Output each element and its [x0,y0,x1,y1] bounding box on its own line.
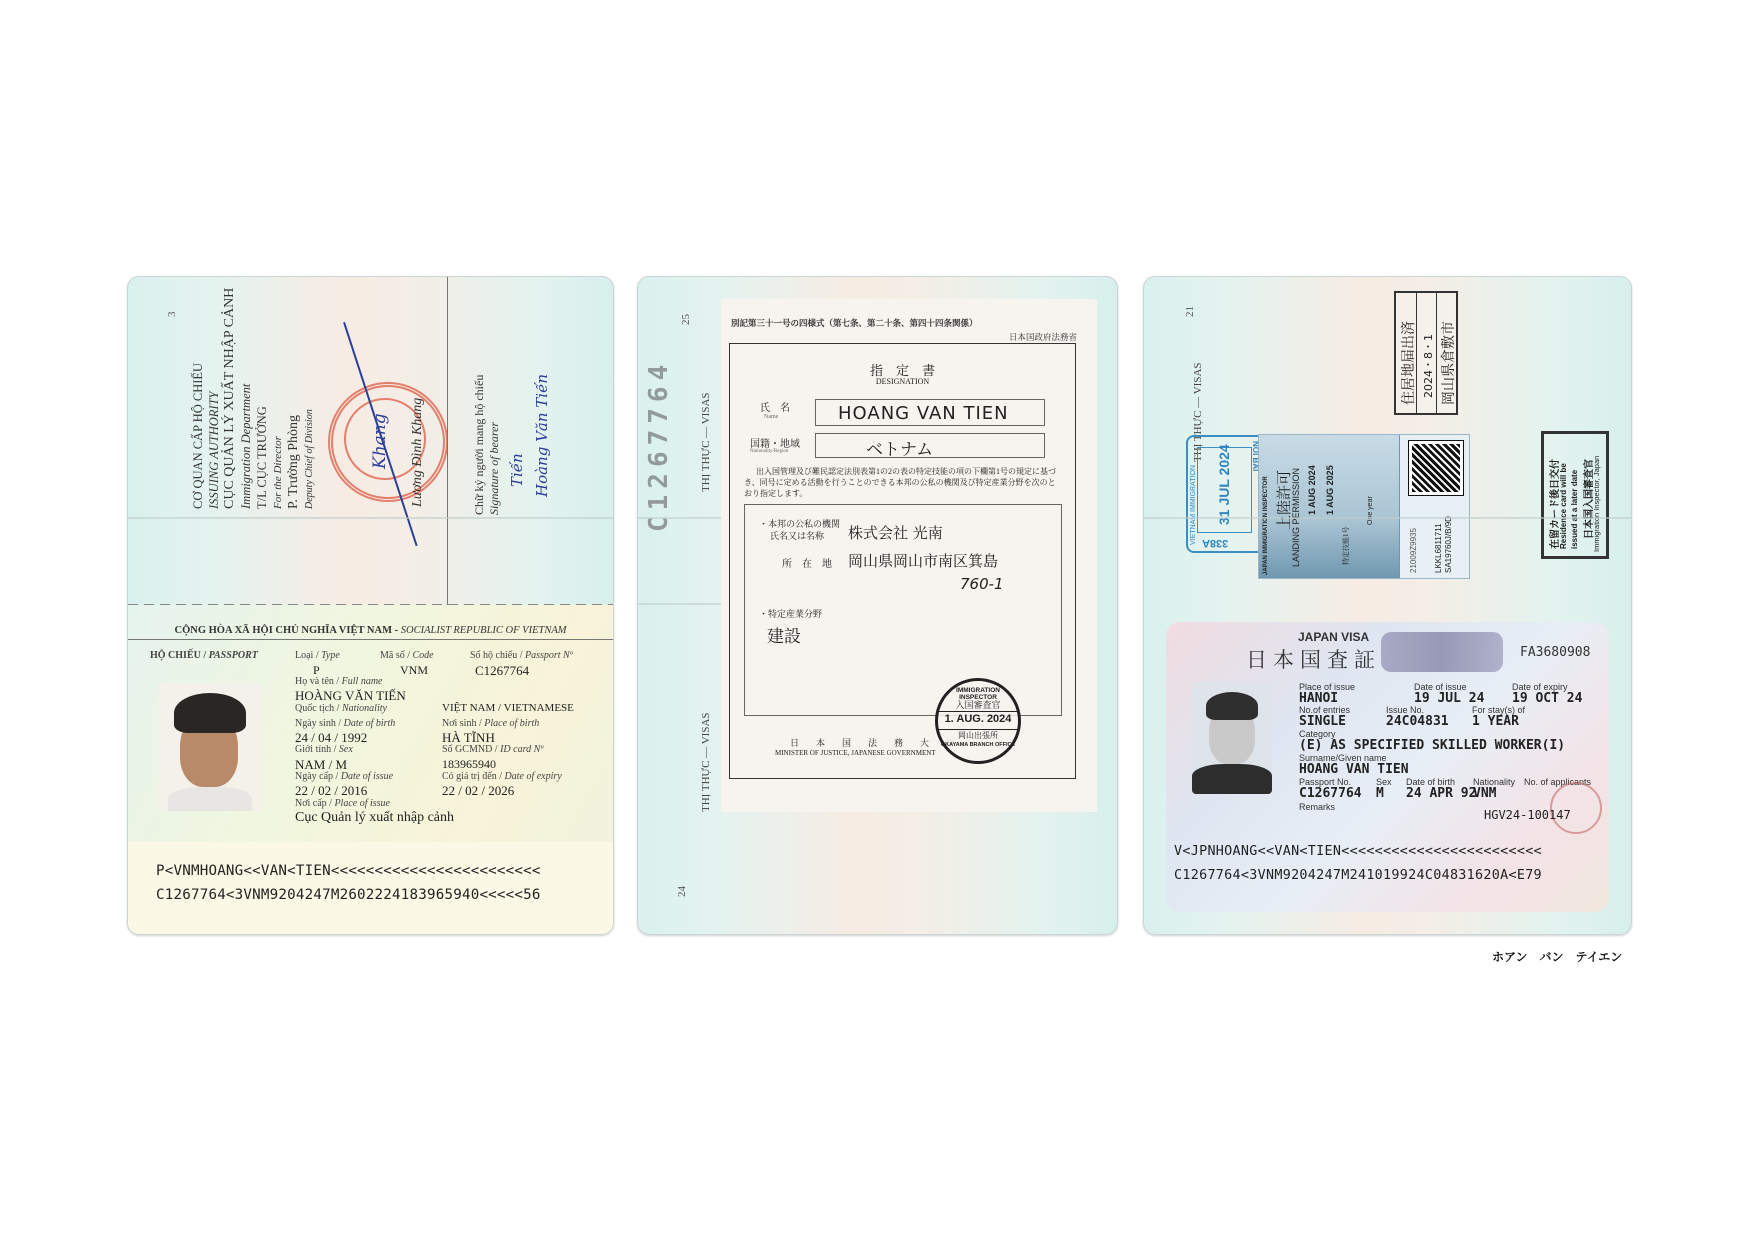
category-value: (E) AS SPECIFIED SKILLED WORKER(I) [1299,738,1565,753]
doc-type-label: HỘ CHIẾU / PASSPORT [150,650,258,661]
visa-photo-jacket [1192,764,1272,794]
issue-date-label: Ngày cấp / Date of issue [295,771,393,782]
country-header-vi: CỘNG HÒA XÃ HỘI CHỦ NGHĨA VIỆT NAM [174,625,392,636]
name-field: HOANG VAN TIEN [815,399,1045,426]
nationality-label-en: Nationality [342,703,387,714]
issuing-authority-vi: CƠ QUAN CẤP HỘ CHIẾU [190,288,206,509]
expiry-date-value: 22 / 02 / 2026 [442,783,514,799]
stamp-bottom-text: OKAYAMA BRANCH OFFICE [938,742,1018,748]
type-label-en: Type [321,650,340,661]
exit-stamp-date: 31 JUL 2024 [1216,444,1232,525]
passport-no-label-en: Passport Nº [525,650,573,661]
hologram [1381,632,1503,672]
nationality-value: ベトナム [866,435,933,460]
issue-date-label-en: Date of issue [341,771,393,782]
passport-no-label: Số hộ chiếu / Passport Nº [470,650,573,661]
org-label-2: 氏名又は名称 [770,529,824,542]
bearer-sig-label-en: Signature of bearer [487,375,502,515]
place-of-issue-value: HANOI [1299,691,1338,706]
passport-value: C1267764 [1299,786,1362,801]
passport-data-page: CỘNG HÒA XÃ HỘI CHỦ NGHĨA VIỆT NAM - SOC… [128,605,613,934]
passport-bio-spread: 3 CƠ QUAN CẤP HỘ CHIẾU ISSUING AUTHORITY… [127,276,614,935]
nationality-value: VNM [1473,786,1496,801]
dob-value: 24 APR 92 [1406,786,1476,801]
org-value: 株式会社 光南 [848,522,943,543]
dob-label: Ngày sinh / Date of birth [295,718,395,729]
landing-serial: 21009Z9935 [1409,528,1418,573]
bearer-sig-label-vi: Chữ ký người mang hộ chiếu [472,375,487,515]
deputy-en: Deputy Chief of Division [302,288,318,509]
minister-jp: 日 本 国 法 務 大 臣 [790,736,959,749]
doc-label-vi: HỘ CHIẾU [150,650,201,661]
passport-no-value: C1267764 [475,663,529,679]
page-number-bottom: 24 [676,886,688,897]
residence-card-stamp: 在留カード後日交付 Residence card will be issued … [1541,431,1609,559]
page-number-top: 25 [680,314,692,325]
type-label-vi: Loại [295,650,313,661]
visa-number: FA3680908 [1520,645,1590,660]
pob-label-vi: Nơi sinh [442,718,476,729]
pob-label-en: Place of birth [484,718,539,729]
page-crease [638,517,722,519]
address-value: 岡山県岡山市南区箕島 [848,550,998,571]
id-card-label-vi: Số GCMND [442,744,492,755]
designation-spread: 25 C1267764 THỊ THỰC — VISAS THỊ THỰC — … [637,276,1118,935]
country-header: CỘNG HÒA XÃ HỘI CHỦ NGHĨA VIỆT NAM - SOC… [128,625,613,640]
full-name-value: HOÀNG VĂN TIẾN [295,688,406,704]
designation-sheet: 別記第三十一号の四様式（第七条、第二十条、第四十四条関係） 日本国政府法務省 指… [721,299,1097,812]
vietnam-exit-stamp: VIETNAM IMMIGRATION 31 JUL 2024 NOI BAI … [1186,435,1268,553]
visa-title-jp: 日本国査証 [1246,644,1381,674]
stamp-office-jp: 岡山出張所 [938,729,1018,741]
sex-label-vi: Giới tính [295,744,331,755]
date-of-issue-value: 19 JUL 24 [1414,691,1484,706]
stamp-divider [1436,293,1437,413]
landing-period: One year [1367,496,1374,525]
nationality-label-jp: 国籍・地域 [750,435,800,450]
designation-frame: 指 定 書 DESIGNATION 氏 名 Name HOANG VAN TIE… [729,343,1076,779]
dob-label-en: Date of birth [344,718,396,729]
residence-card-en1: Residence card will be [1559,463,1568,549]
code-label: Mã số / Code [380,650,434,661]
for-director-en: For the Director [270,288,286,509]
designation-body-text: 出入国管理及び難民認定法別表第1の2の表の特定技能の項の下欄第1号の規定に基づき… [744,466,1062,499]
designation-title-en: DESIGNATION [730,377,1075,386]
issuer-small: 日本国政府法務省 [1009,331,1077,343]
nationality-label-en: Nationality/Region [750,449,788,454]
place-of-issue-label-vi: Nơi cấp [295,798,327,809]
passport-no-label-vi: Số hộ chiếu [470,650,517,661]
nationality-label: Quốc tịch / Nationality [295,703,387,714]
bearer-signature-initial: Tiến [508,453,526,487]
side-label-top: THỊ THỰC — VISAS [700,393,712,493]
date-of-expiry-value: 19 OCT 24 [1512,691,1582,706]
residence-card-en3: Immigration Inspector, Japan [1592,456,1601,552]
remarks-code: HGV24-100147 [1484,808,1571,822]
issuing-authority-en: ISSUING AUTHORITY [206,288,222,509]
name-value: HOANG VAN TIEN [838,403,1009,424]
landing-code: LKKL6811711 [1434,523,1443,573]
field-label: ・特定産業分野 [759,607,822,620]
address-label: 所 在 地 [782,555,832,570]
photo-hair [174,693,246,733]
name-label-jp: 氏 名 [760,399,790,414]
signature-divider [447,277,448,605]
issue-no-value: 24C04831 [1386,714,1449,729]
bearer-photo [158,683,262,811]
page-crease [128,517,613,519]
address-value-2: 760-1 [960,575,1004,593]
form-reference: 別記第三十一号の四様式（第七条、第二十条、第四十四条関係） [731,317,978,329]
field-value: 建設 [767,622,801,647]
deputy-vi: P. Trưởng Phòng [286,288,302,509]
issue-date-label-vi: Ngày cấp [295,771,333,782]
residence-card-en2: issued at a later date [1570,470,1579,549]
code-label-vi: Mã số [380,650,405,661]
page-number: 3 [166,312,178,318]
department-vi: CỤC QUẢN LÝ XUẤT NHẬP CẢNH [222,288,238,509]
issue-date-value: 22 / 02 / 2016 [295,783,367,799]
id-card-value: 183965940 [442,757,496,772]
nationality-label-vi: Quốc tịch [295,703,334,714]
landing-date: 1 AUG 2024 [1307,465,1317,515]
for-director-vi: T/L CỤC TRƯỞNG [254,288,270,509]
landing-status: 特定技能1号 [1341,527,1351,566]
visa-spread: 21 THỊ THỰC — VISAS VIETNAM IMMIGRATION … [1143,276,1632,935]
visa-photo [1192,682,1272,794]
full-name-label-vi: Họ và tên [295,676,334,687]
bearer-signature: Hoàng Văn Tiến [533,374,551,497]
signer-name: Lương Đình Khang [410,398,426,507]
photo-shirt [168,787,252,811]
dob-label-vi: Ngày sinh [295,718,336,729]
landing-header: JAPAN IMMIGRATION INSPECTOR [1263,476,1269,575]
minister-en: MINISTER OF JUSTICE, JAPANESE GOVERNMENT [775,749,936,757]
sex-label-en: Sex [339,744,353,755]
residence-stamp-line1: 住居地届出済 [1398,321,1418,405]
expiry-date-label-vi: Có giá trị đến [442,771,497,782]
page-crease [638,603,722,605]
nationality-field: ベトナム [815,433,1045,458]
residence-stamp-date: 2024・8・1 [1420,334,1436,398]
visa-title-en: JAPAN VISA [1298,630,1369,644]
doc-label-en: PASSPORT [209,650,258,661]
qr-code-icon [1409,441,1463,495]
side-label-bottom: THỊ THỰC — VISAS [700,713,712,813]
visa-mrz-line-1: V<JPNHOANG<<VAN<TIEN<<<<<<<<<<<<<<<<<<<<… [1174,844,1542,859]
sex-label: Giới tính / Sex [295,744,353,755]
id-card-label: Số GCMND / ID card Nº [442,744,543,755]
type-label: Loại / Type [295,650,340,661]
mrz-line-2: C1267764<3VNM9204247M2602224183965940<<<… [156,887,541,903]
expiry-date-label-en: Date of expiry [505,771,562,782]
code-value: VNM [400,663,428,678]
mrz-zone: P<VNMHOANG<<VAN<TIEN<<<<<<<<<<<<<<<<<<<<… [128,842,613,934]
mrz-line-1: P<VNMHOANG<<VAN<TIEN<<<<<<<<<<<<<<<<<<<<… [156,863,541,879]
expiry-date-label: Có giá trị đến / Date of expiry [442,771,562,782]
entries-value: SINGLE [1299,714,1346,729]
designation-details-box: ・本邦の公私の機関 氏名又は名称 株式会社 光南 所 在 地 岡山県岡山市南区箕… [744,504,1062,716]
landing-permission-sticker: JAPAN IMMIGRATION INSPECTOR 上陸許可 LANDING… [1258,434,1470,579]
place-of-issue-label-en: Place of issue [334,798,390,809]
stamp-jp-text: 入国審査官 [938,698,1018,712]
id-card-label-en: ID card Nº [500,744,543,755]
japan-visa-sticker: JAPAN VISA 日本国査証 FA3680908 Place of issu… [1166,622,1609,912]
name-value: HOANG VAN TIEN [1299,762,1409,777]
visa-mrz-line-2: C1267764<3VNM9204247M241019924C04831620A… [1174,868,1542,883]
full-name-label: Họ và tên / Full name [295,676,383,687]
nationality-value: VIỆT NAM / VIETNAMESE [442,702,574,714]
code-label-en: Code [413,650,434,661]
issuing-authority-block: CƠ QUAN CẤP HỘ CHIẾU ISSUING AUTHORITY C… [190,288,318,509]
visa-photo-hair [1206,692,1258,720]
bearer-signature-label: Chữ ký người mang hộ chiếu Signature of … [472,375,502,515]
country-header-en: SOCIALIST REPUBLIC OF VIETNAM [401,625,567,636]
full-name-label-en: Full name [342,676,383,687]
residence-address-stamp: 住居地届出済 2024・8・1 岡山県倉敷市 [1394,291,1458,415]
department-en: Immigration Department [238,288,254,509]
sex-value: M [1376,786,1384,801]
katakana-name-caption: ホアン バン テイエン [1492,948,1622,965]
residence-stamp-line3: 岡山県倉敷市 [1438,321,1458,405]
place-of-issue-value: Cục Quản lý xuất nhập cảnh [295,810,454,826]
landing-until: 1 AUG 2025 [1325,465,1335,515]
exit-stamp-code: 338A [1202,537,1228,549]
stay-value: 1 YEAR [1472,714,1519,729]
perforated-passport-number: C1267764 [644,359,674,532]
exit-stamp-top: VIETNAM IMMIGRATION [1190,465,1197,545]
place-of-issue-label: Nơi cấp / Place of issue [295,798,390,809]
stamp-date: 1. AUG. 2024 [938,713,1018,725]
pob-label: Nơi sinh / Place of birth [442,718,539,729]
remarks-label: Remarks [1299,802,1335,812]
page-crease [1144,517,1631,519]
name-label-en: Name [764,414,778,420]
immigration-inspector-stamp: IMMIGRATION INSPECTOR 入国審査官 1. AUG. 2024… [935,678,1021,764]
page-number: 21 [1184,306,1196,317]
landing-code-2: SA19760J/B/9D [1444,516,1453,573]
